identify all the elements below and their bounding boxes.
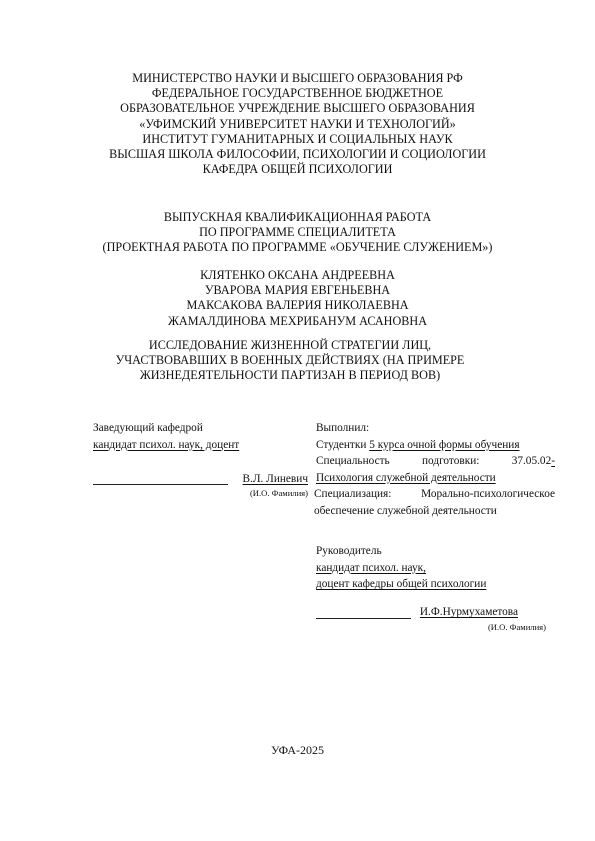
work-type-line-2: ПО ПРОГРАММЕ СПЕЦИАЛИТЕТА <box>0 225 595 240</box>
topic-line-3: ЖИЗНЕДЕЯТЕЛЬНОСТИ ПАРТИЗАН В ПЕРИОД ВОВ) <box>0 368 580 383</box>
signature-line <box>93 484 228 485</box>
author-name: МАКСАКОВА ВАЛЕРИЯ НИКОЛАЕВНА <box>0 298 595 313</box>
head-of-department-block: Заведующий кафедрой кандидат психол. нау… <box>93 420 308 499</box>
author-name: УВАРОВА МАРИЯ ЕВГЕНЬЕВНА <box>0 283 595 298</box>
supervisor-name: И.Ф.Нурмухаметова <box>420 604 518 621</box>
ministry-line: МИНИСТЕРСТВО НАУКИ И ВЫСШЕГО ОБРАЗОВАНИЯ… <box>0 71 595 86</box>
specialty-line: Специальность подготовки: 37.05.02- <box>316 453 555 470</box>
head-title: Заведующий кафедрой <box>93 420 308 437</box>
students-course: 5 курса очной формы обучения <box>369 439 519 451</box>
author-name: КЛЯТЕНКО ОКСАНА АНДРЕЕВНА <box>0 268 595 283</box>
specialty-code: 37.05.02 <box>512 455 552 467</box>
specialization-value-cont: обеспечение служебной деятельности <box>314 503 555 520</box>
university-name: «УФИМСКИЙ УНИВЕРСИТЕТ НАУКИ И ТЕХНОЛОГИЙ… <box>0 117 595 132</box>
signature-line <box>316 618 411 619</box>
institution-type-line-1: ФЕДЕРАЛЬНОЕ ГОСУДАРСТВЕННОЕ БЮДЖЕТНОЕ <box>0 86 595 101</box>
authors-list: КЛЯТЕНКО ОКСАНА АНДРЕЕВНА УВАРОВА МАРИЯ … <box>0 268 595 329</box>
supervisor-degree-2: доцент кафедры общей психологии <box>316 576 555 593</box>
topic-line-1: ИССЛЕДОВАНИЕ ЖИЗНЕННОЙ СТРАТЕГИИ ЛИЦ, <box>0 338 580 353</box>
work-type-line-3: (ПРОЕКТНАЯ РАБОТА ПО ПРОГРАММЕ «ОБУЧЕНИЕ… <box>0 240 595 255</box>
institution-type-line-2: ОБРАЗОВАТЕЛЬНОЕ УЧРЕЖДЕНИЕ ВЫСШЕГО ОБРАЗ… <box>0 101 595 116</box>
head-name: В.Л. Линевич <box>243 471 309 488</box>
supervisor-name-caption: (И.О. Фамилия) <box>316 621 546 633</box>
supervisor-signature-row: И.Ф.Нурмухаметова <box>316 605 518 621</box>
author-name: ЖАМАЛДИНОВА МЕХРИБАНУМ АСАНОВНА <box>0 314 595 329</box>
students-line: Студентки 5 курса очной формы обучения <box>316 437 555 454</box>
school-name: ВЫСШАЯ ШКОЛА ФИЛОСОФИИ, ПСИХОЛОГИИ И СОЦ… <box>0 147 595 162</box>
performed-by-block: Выполнил: Студентки 5 курса очной формы … <box>316 420 555 633</box>
specialization-value: Морально-психологическое <box>421 486 555 503</box>
institute-name: ИНСТИТУТ ГУМАНИТАРНЫХ И СОЦИАЛЬНЫХ НАУК <box>0 132 595 147</box>
performed-title: Выполнил: <box>316 420 555 437</box>
topic-line-2: УЧАСТВОВАВШИХ В ВОЕННЫХ ДЕЙСТВИЯХ (НА ПР… <box>0 353 580 368</box>
department-name: КАФЕДРА ОБЩЕЙ ПСИХОЛОГИИ <box>0 162 595 177</box>
supervisor-title: Руководитель <box>316 543 555 560</box>
specialization-line: Специализация: Морально-психологическое <box>314 486 555 503</box>
specialty-name: Психология служебной деятельности <box>316 470 555 487</box>
city-year: УФА-2025 <box>0 743 595 758</box>
institution-header: МИНИСТЕРСТВО НАУКИ И ВЫСШЕГО ОБРАЗОВАНИЯ… <box>0 71 595 177</box>
work-type: ВЫПУСКНАЯ КВАЛИФИКАЦИОННАЯ РАБОТА ПО ПРО… <box>0 210 595 256</box>
head-signature-row: В.Л. Линевич <box>93 471 308 487</box>
supervisor-degree-1: кандидат психол. наук, <box>316 560 555 577</box>
head-name-caption: (И.О. Фамилия) <box>93 487 308 499</box>
work-type-line-1: ВЫПУСКНАЯ КВАЛИФИКАЦИОННАЯ РАБОТА <box>0 210 595 225</box>
head-degree: кандидат психол. наук, доцент <box>93 437 308 454</box>
thesis-topic: ИССЛЕДОВАНИЕ ЖИЗНЕННОЙ СТРАТЕГИИ ЛИЦ, УЧ… <box>0 338 580 384</box>
